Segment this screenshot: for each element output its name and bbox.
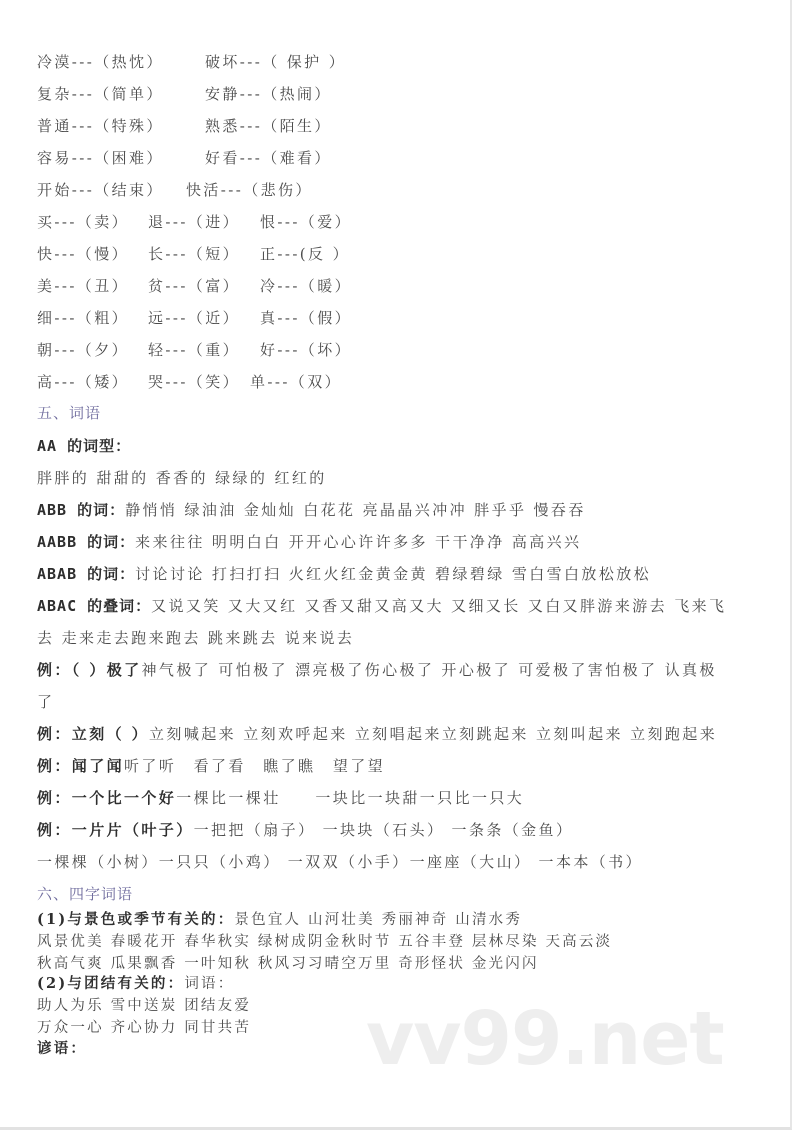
- antonym-pair: 普通---（特殊）: [37, 116, 164, 136]
- abac-words-cont: 去 走来走去跑来跑去 跳来跳去 说来说去: [37, 628, 354, 648]
- document-page: 冷漠---（热忱）破坏---（ 保护 ）复杂---（简单）安静---（热闹）普通…: [0, 0, 792, 1130]
- antonym-pair: 安静---（热闹）: [205, 84, 332, 104]
- antonym-pair: 快---（慢）: [37, 244, 129, 264]
- scenery-label: (1)与景色或季节有关的：: [37, 911, 234, 928]
- antonym-pair: 冷---（暖）: [260, 276, 352, 296]
- example-like-words: 立刻喊起来 立刻欢呼起来 立刻唱起来立刻跳起来 立刻叫起来 立刻跑起来: [149, 725, 717, 743]
- antonym-pair: 快活---（悲伤）: [186, 180, 313, 200]
- scenery-line-1: (1)与景色或季节有关的：景色宜人 山河壮美 秀丽神奇 山清水秀: [37, 911, 522, 929]
- example-wenlewen-words: 听了听 看了看 瞧了瞧 望了望: [124, 757, 385, 775]
- abb-line: ABB 的词：静悄悄 绿油油 金灿灿 白花花 亮晶晶兴冲冲 胖乎乎 慢吞吞: [37, 500, 586, 520]
- antonym-pair: 恨---（爱）: [260, 212, 352, 232]
- antonym-pair: 复杂---（简单）: [37, 84, 164, 104]
- example-bi-label: 例：一个比一个好: [37, 789, 176, 807]
- example-like-label: 例：立刻（ ）: [37, 725, 149, 743]
- unity-label: (2)与团结有关的：: [37, 975, 184, 992]
- antonym-pair: 开始---（结束）: [37, 180, 164, 200]
- antonym-pair: 熟悉---（陌生）: [205, 116, 332, 136]
- abac-line: ABAC 的叠词：又说又笑 又大又红 又香又甜又高又大 又细又长 又白又胖游来游…: [37, 596, 726, 616]
- example-pianpian-label: 例：一片片（叶子）: [37, 821, 194, 839]
- antonym-pair: 单---（双）: [250, 372, 342, 392]
- antonym-pair: 哭---（笑）: [148, 372, 240, 392]
- antonym-pair: 长---（短）: [148, 244, 240, 264]
- aabb-line: AABB 的词：来来往往 明明白白 开开心心许许多多 干干净净 高高兴兴: [37, 532, 581, 552]
- example-bi-words: 一棵比一棵壮 一块比一块甜一只比一只大: [176, 789, 524, 807]
- section-heading-sizi: 六、四字词语: [37, 884, 133, 904]
- proverb-line: 谚语：: [37, 1040, 87, 1058]
- watermark: vv99.net: [366, 996, 724, 1082]
- antonym-pair: 远---（近）: [148, 308, 240, 328]
- antonym-pair: 容易---（困难）: [37, 148, 164, 168]
- abb-label: ABB 的词：: [37, 501, 125, 519]
- antonym-pair: 真---（假）: [260, 308, 352, 328]
- scenery-line-3: 秋高气爽 瓜果飘香 一叶知秋 秋风习习晴空万里 奇形怪状 金光闪闪: [37, 955, 539, 973]
- antonym-pair: 买---（卖）: [37, 212, 129, 232]
- abab-words: 讨论讨论 打扫打扫 火红火红金黄金黄 碧绿碧绿 雪白雪白放松放松: [135, 565, 651, 583]
- aa-label-line: AA 的词型：: [37, 436, 131, 456]
- antonym-pair: 美---（丑）: [37, 276, 129, 296]
- proverb-label: 谚语：: [37, 1040, 87, 1057]
- aabb-label: AABB 的词：: [37, 533, 135, 551]
- example-wenlewen-label: 例：闻了闻: [37, 757, 124, 775]
- abab-label: ABAB 的词：: [37, 565, 135, 583]
- antonym-pair: 退---（进）: [148, 212, 240, 232]
- antonym-pair: 正---(反 ）: [260, 244, 350, 264]
- unity-line-2: 助人为乐 雪中送炭 团结友爱: [37, 997, 251, 1015]
- example-jile-cont: 了: [37, 692, 54, 712]
- antonym-pair: 朝---（夕）: [37, 340, 129, 360]
- aa-label: AA 的词型：: [37, 437, 131, 455]
- antonym-pair: 好---（坏）: [260, 340, 352, 360]
- example-wenlewen-line: 例：闻了闻听了听 看了看 瞧了瞧 望了望: [37, 756, 385, 776]
- example-jile-line: 例：（ ）极了神气极了 可怕极了 漂亮极了伤心极了 开心极了 可爱极了害怕极了 …: [37, 660, 717, 680]
- example-pianpian-cont: 一棵棵（小树）一只只（小鸡） 一双双（小手）一座座（大山） 一本本（书）: [37, 852, 643, 872]
- abac-words: 又说又笑 又大又红 又香又甜又高又大 又细又长 又白又胖游来游去 飞来飞: [151, 597, 726, 615]
- example-bi-line: 例：一个比一个好一棵比一棵壮 一块比一块甜一只比一只大: [37, 788, 524, 808]
- antonym-pair: 好看---（难看）: [205, 148, 332, 168]
- example-pianpian-words: 一把把（扇子） 一块块（石头） 一条条（金鱼）: [194, 821, 574, 839]
- unity-suffix: 词语：: [184, 976, 234, 992]
- antonym-pair: 轻---（重）: [148, 340, 240, 360]
- aabb-words: 来来往往 明明白白 开开心心许许多多 干干净净 高高兴兴: [135, 533, 581, 551]
- scenery-words-1: 景色宜人 山河壮美 秀丽神奇 山清水秀: [234, 912, 522, 928]
- aa-words: 胖胖的 甜甜的 香香的 绿绿的 红红的: [37, 468, 327, 488]
- abac-label: ABAC 的叠词：: [37, 597, 151, 615]
- example-jile-label: 例：（ ）极了: [37, 661, 142, 679]
- abab-line: ABAB 的词：讨论讨论 打扫打扫 火红火红金黄金黄 碧绿碧绿 雪白雪白放松放松: [37, 564, 651, 584]
- section-heading-ciyu: 五、词语: [37, 403, 101, 423]
- antonym-pair: 破坏---（ 保护 ）: [205, 52, 346, 72]
- scenery-line-2: 风景优美 春暖花开 春华秋实 绿树成阴金秋时节 五谷丰登 层林尽染 天高云淡: [37, 933, 612, 951]
- antonym-pair: 细---（粗）: [37, 308, 129, 328]
- abb-words: 静悄悄 绿油油 金灿灿 白花花 亮晶晶兴冲冲 胖乎乎 慢吞吞: [125, 501, 586, 519]
- antonym-pair: 高---（矮）: [37, 372, 129, 392]
- antonym-pair: 冷漠---（热忱）: [37, 52, 164, 72]
- example-jile-words: 神气极了 可怕极了 漂亮极了伤心极了 开心极了 可爱极了害怕极了 认真极: [142, 661, 717, 679]
- unity-line-1: (2)与团结有关的：词语：: [37, 975, 234, 993]
- example-pianpian-line: 例：一片片（叶子）一把把（扇子） 一块块（石头） 一条条（金鱼）: [37, 820, 573, 840]
- example-like-line: 例：立刻（ ）立刻喊起来 立刻欢呼起来 立刻唱起来立刻跳起来 立刻叫起来 立刻跑…: [37, 724, 717, 744]
- unity-line-3: 万众一心 齐心协力 同甘共苦: [37, 1019, 251, 1037]
- antonym-pair: 贫---（富）: [148, 276, 240, 296]
